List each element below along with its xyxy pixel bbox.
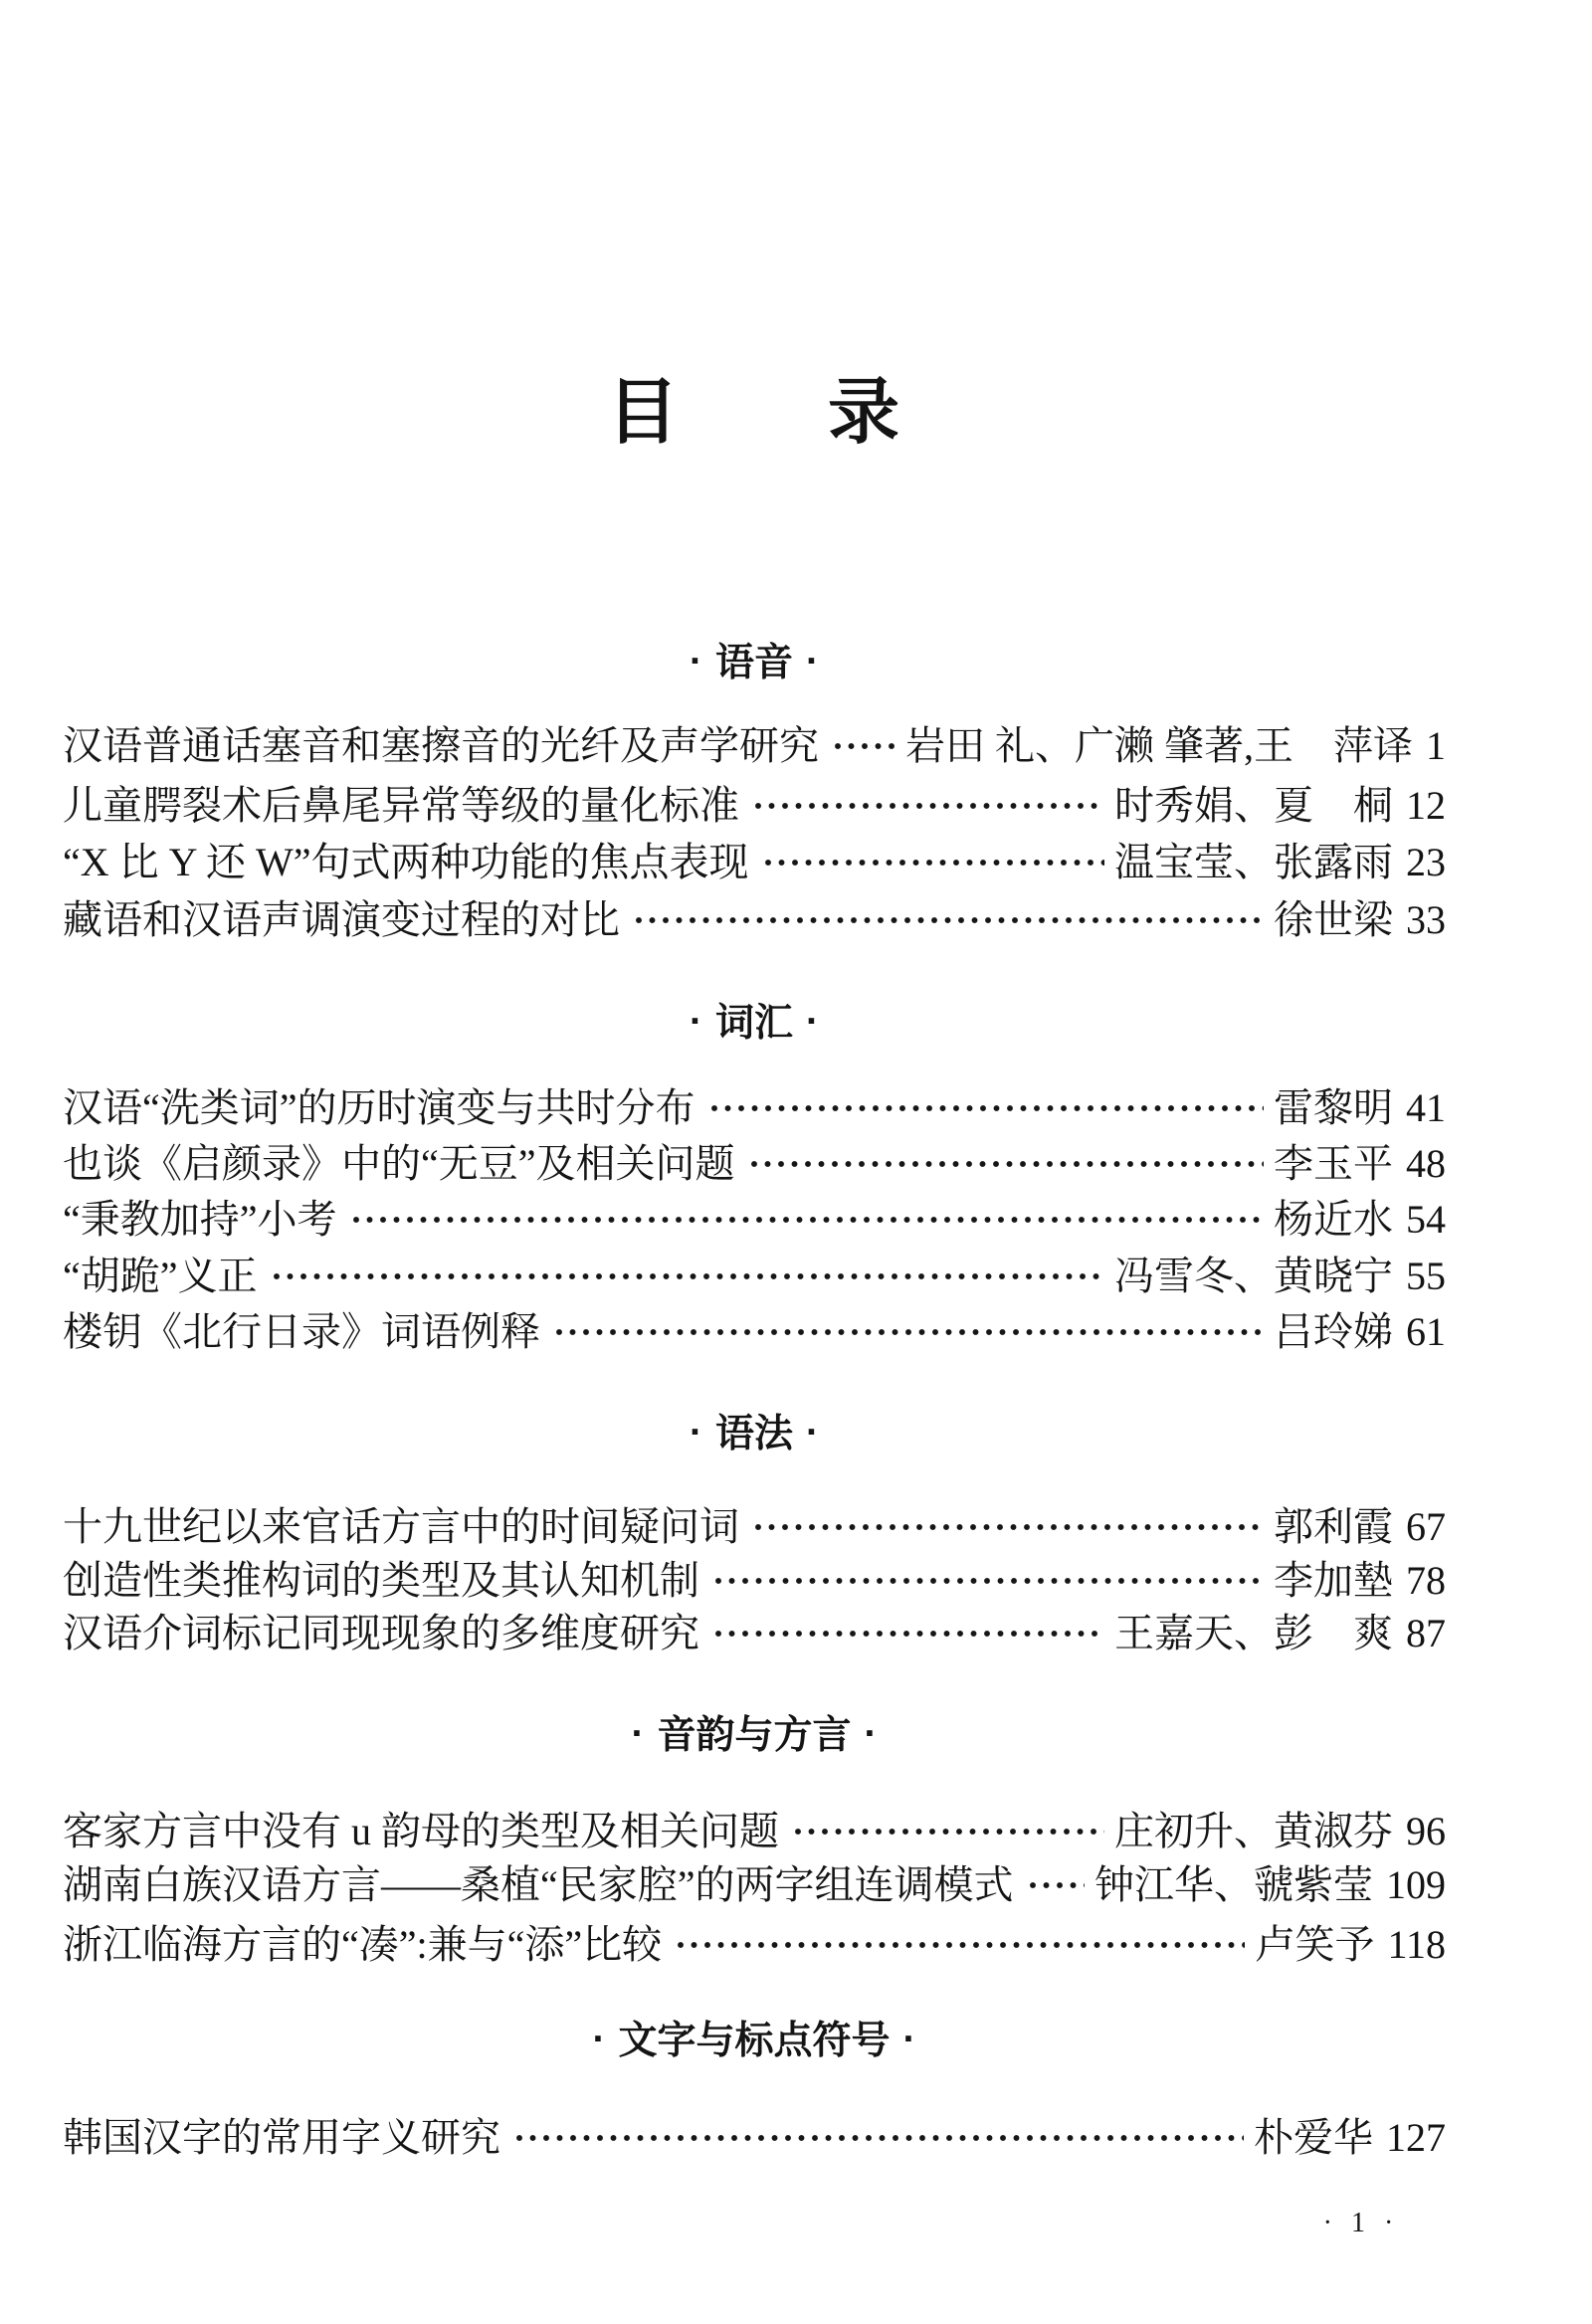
section-marker-icon: · — [806, 999, 819, 1045]
entry-page-number: 78 — [1406, 1557, 1446, 1605]
entry-authors: 杨近水 — [1274, 1196, 1393, 1244]
entry-page-number: 48 — [1406, 1140, 1446, 1188]
entry-page-number: 61 — [1406, 1308, 1446, 1356]
entry-page-number: 96 — [1406, 1808, 1446, 1855]
toc-entry: “X 比 Y 还 W”句式两种功能的焦点表现 温宝莹、张露雨 23 — [63, 839, 1446, 886]
entry-authors: 温宝莹、张露雨 — [1114, 839, 1393, 886]
entry-authors: 李加墊 — [1274, 1557, 1393, 1605]
entry-authors: 卢笑予 — [1255, 1921, 1374, 1969]
entry-title: 客家方言中没有 u 韵母的类型及相关问题 — [63, 1808, 779, 1855]
toc-entry: 楼钥《北行日录》词语例释 吕玲娣 61 — [63, 1308, 1446, 1356]
entry-title: 儿童腭裂术后鼻尾异常等级的量化标准 — [63, 782, 739, 830]
dot-leader — [634, 915, 1264, 925]
section-marker-icon: · — [806, 639, 819, 684]
entry-title: 也谈《启颜录》中的“无豆”及相关问题 — [63, 1140, 735, 1188]
entry-title: 藏语和汉语声调演变过程的对比 — [63, 896, 620, 944]
section-marker-icon: · — [865, 1711, 878, 1757]
entry-authors: 朴爱华 — [1254, 2114, 1373, 2162]
toc-entry: 汉语介词标记同现现象的多维度研究 王嘉天、彭 爽 87 — [63, 1610, 1446, 1657]
toc-entry: “胡跪”义正 冯雪冬、黄晓宁 55 — [63, 1253, 1446, 1300]
dot-leader — [713, 1576, 1264, 1586]
entry-page-number: 54 — [1406, 1196, 1446, 1244]
entry-authors: 徐世梁 — [1274, 896, 1393, 944]
section-heading-label: 语法 — [715, 1413, 793, 1455]
entry-authors: 王嘉天、彭 爽 — [1114, 1610, 1393, 1657]
section-heading-label: 音韵与方言 — [657, 1714, 851, 1757]
dot-leader — [514, 2133, 1244, 2143]
section-heading-grammar: ·语法· — [63, 1412, 1446, 1457]
entry-title: 湖南白族汉语方言——桑植“民家腔”的两字组连调模式 — [63, 1861, 1014, 1909]
entry-page-number: 23 — [1406, 839, 1446, 886]
entry-authors: 钟江华、虢紫莹 — [1094, 1861, 1373, 1909]
dot-leader — [351, 1215, 1264, 1225]
entry-page-number: 33 — [1406, 896, 1446, 944]
toc-page: 目 录 ·语音· 汉语普通话塞音和塞擦音的光纤及声学研究 岩田 礼、广濑 肇著,… — [0, 0, 1592, 2324]
section-marker-icon: · — [806, 1410, 819, 1455]
entry-page-number: 67 — [1406, 1503, 1446, 1551]
entry-title: 汉语普通话塞音和塞擦音的光纤及声学研究 — [63, 722, 819, 770]
section-marker-icon: · — [690, 639, 702, 684]
page-title: 目 录 — [63, 370, 1446, 456]
entry-title: 韩国汉字的常用字义研究 — [63, 2114, 500, 2162]
entry-page-number: 55 — [1406, 1253, 1446, 1300]
dot-leader — [1028, 1880, 1085, 1890]
dot-leader — [833, 741, 895, 751]
entry-page-number: 1 — [1426, 722, 1446, 770]
entry-authors: 庄初升、黄淑芬 — [1114, 1808, 1393, 1855]
section-heading-lexicon: ·词汇· — [63, 1001, 1446, 1047]
section-marker-icon: · — [903, 2017, 916, 2062]
dot-leader — [749, 1159, 1264, 1169]
toc-entry: 韩国汉字的常用字义研究 朴爱华 127 — [63, 2114, 1446, 2162]
entry-title: 浙江临海方言的“凑”:兼与“添”比较 — [63, 1921, 662, 1969]
section-heading-writing-punctuation: ·文字与标点符号· — [63, 2019, 1446, 2064]
dot-leader — [763, 858, 1104, 868]
entry-title: 楼钥《北行日录》词语例释 — [63, 1308, 540, 1356]
section-heading-phonetics: ·语音· — [63, 641, 1446, 686]
entry-page-number: 127 — [1386, 2114, 1446, 2162]
entry-title: 十九世纪以来官话方言中的时间疑问词 — [63, 1503, 739, 1551]
section-marker-icon: · — [690, 999, 702, 1045]
dot-leader — [709, 1103, 1264, 1113]
toc-entry: 儿童腭裂术后鼻尾异常等级的量化标准 时秀娟、夏 桐 12 — [63, 782, 1446, 830]
dot-leader — [713, 1629, 1104, 1639]
dot-leader — [753, 1522, 1264, 1532]
entry-page-number: 109 — [1386, 1861, 1446, 1909]
toc-entry: 创造性类推构词的类型及其认知机制 李加墊 78 — [63, 1557, 1446, 1605]
dot-leader — [272, 1271, 1104, 1281]
toc-entry: 藏语和汉语声调演变过程的对比 徐世梁 33 — [63, 896, 1446, 944]
entry-title: 创造性类推构词的类型及其认知机制 — [63, 1557, 699, 1605]
entry-authors: 雷黎明 — [1274, 1084, 1393, 1132]
toc-entry: 汉语“洗类词”的历时演变与共时分布 雷黎明 41 — [63, 1084, 1446, 1132]
entry-authors: 郭利霞 — [1274, 1503, 1393, 1551]
section-heading-label: 文字与标点符号 — [618, 2020, 890, 2062]
section-heading-label: 词汇 — [715, 1002, 793, 1045]
entry-title: 汉语介词标记同现现象的多维度研究 — [63, 1610, 699, 1657]
section-marker-icon: · — [690, 1410, 702, 1455]
entry-authors: 时秀娟、夏 桐 — [1114, 782, 1393, 830]
section-marker-icon: · — [631, 1711, 644, 1757]
entry-authors: 吕玲娣 — [1274, 1308, 1393, 1356]
entry-authors: 李玉平 — [1274, 1140, 1393, 1188]
toc-entry: 也谈《启颜录》中的“无豆”及相关问题 李玉平 48 — [63, 1140, 1446, 1188]
dot-leader — [753, 801, 1104, 811]
toc-entry: 汉语普通话塞音和塞擦音的光纤及声学研究 岩田 礼、广濑 肇著,王 萍译 1 — [63, 722, 1446, 770]
toc-entry: 浙江临海方言的“凑”:兼与“添”比较 卢笑予 118 — [63, 1921, 1446, 1969]
entry-title: “X 比 Y 还 W”句式两种功能的焦点表现 — [63, 839, 749, 886]
dot-leader — [676, 1940, 1245, 1950]
toc-entry: 十九世纪以来官话方言中的时间疑问词 郭利霞 67 — [63, 1503, 1446, 1551]
entry-page-number: 87 — [1406, 1610, 1446, 1657]
entry-title: 汉语“洗类词”的历时演变与共时分布 — [63, 1084, 696, 1132]
entry-authors: 岩田 礼、广濑 肇著,王 萍译 — [905, 722, 1413, 770]
entry-page-number: 12 — [1406, 782, 1446, 830]
section-marker-icon: · — [592, 2017, 605, 2062]
entry-page-number: 118 — [1387, 1921, 1446, 1969]
dot-leader — [793, 1827, 1104, 1837]
toc-entry: 客家方言中没有 u 韵母的类型及相关问题 庄初升、黄淑芬 96 — [63, 1808, 1446, 1855]
toc-entry: 湖南白族汉语方言——桑植“民家腔”的两字组连调模式 钟江华、虢紫莹 109 — [63, 1861, 1446, 1909]
section-heading-phonology-dialects: ·音韵与方言· — [63, 1713, 1446, 1759]
entry-title: “胡跪”义正 — [63, 1253, 258, 1300]
section-heading-label: 语音 — [715, 642, 793, 684]
dot-leader — [554, 1327, 1264, 1337]
toc-entry: “秉教加持”小考 杨近水 54 — [63, 1196, 1446, 1244]
entry-authors: 冯雪冬、黄晓宁 — [1114, 1253, 1393, 1300]
entry-title: “秉教加持”小考 — [63, 1196, 337, 1244]
entry-page-number: 41 — [1406, 1084, 1446, 1132]
page-number: · 1 · — [1301, 2207, 1421, 2240]
